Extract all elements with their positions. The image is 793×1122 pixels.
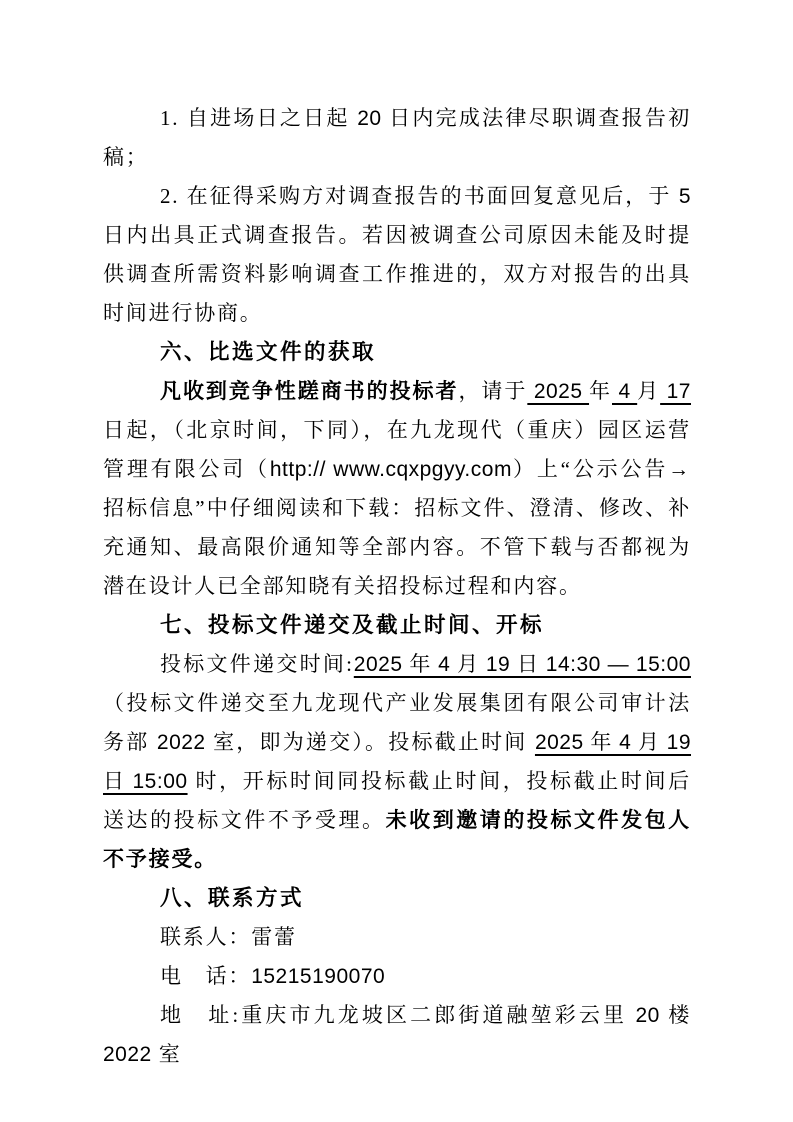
address-floor-number: 20 [635,1004,659,1027]
para-duediligence-draft: 1. 自进场日之日起 20 日内完成法律尽职调查报告初稿； [103,99,691,177]
text-run: ）上“公示公告 [512,457,668,481]
address-room-number: 2022 [103,1043,152,1066]
website-url: http:// www.cqxpgyy.com [270,458,512,481]
para-duediligence-final: 2. 在征得采购方对调查报告的书面回复意见后，于 5 日内出具正式调查报告。若因… [103,177,691,333]
heading-section-7-submission-deadline: 七、投标文件递交及截止时间、开标 [103,606,691,645]
text-run-number: 20 [357,107,381,130]
heading-text: 七、投标文件递交及截止时间、开标 [160,613,544,637]
date-year-underlined: 2025 [527,380,589,403]
heading-section-6-document-acquisition: 六、比选文件的获取 [103,333,691,372]
para-document-acquisition: 凡收到竞争性蹉商书的投标者，请于 2025 年 4 月 17 日起，（北京时间，… [103,372,691,606]
date-day-underlined: 17 [660,380,691,403]
text-run: 室 [152,1042,182,1066]
para-contact-address: 地 址:重庆市九龙坡区二郎街道融堃彩云里 20 楼 2022 室 [103,996,691,1074]
submission-time-underlined: 2025 年 4 月 19 日 14:30 — 15:00 [354,653,691,676]
text-run: ，请于 [458,379,527,403]
arrow-right-icon: → [668,457,691,481]
text-run: 2. 在征得采购方对调查报告的书面回复意见后，于 [160,184,679,208]
heading-text: 八、联系方式 [160,886,304,910]
contact-person: 联系人：雷蕾 [160,925,297,949]
para-contact-person: 联系人：雷蕾 [103,918,691,957]
text-run: 月 [637,379,660,403]
text-run: 年 [589,379,612,403]
para-submission-deadline: 投标文件递交时间:2025 年 4 月 19 日 14:30 — 15:00 （… [103,645,691,879]
text-run: 招标信息”中仔细阅读和下载：招标文件、澄清、修改、补充通知、最高限价通知等全部内… [103,496,691,598]
room-number: 2022 [157,731,206,754]
text-run-number: 5 [679,185,691,208]
date-month-underlined: 4 [612,380,637,403]
heading-text: 六、比选文件的获取 [160,340,376,364]
para-contact-phone: 电 话：15215190070 [103,957,691,996]
text-run: 室，即为递交）。投标截止时间 [206,730,535,754]
heading-section-8-contact: 八、联系方式 [103,879,691,918]
address-text: 地 址:重庆市九龙坡区二郎街道融堃彩云里 [160,1003,635,1027]
text-run: 楼 [660,1003,691,1027]
text-run: 日内出具正式调查报告。若因被调查公司原因未能及时提供调查所需资料影响调查工作推进… [103,223,691,325]
text-run: 投标文件递交时间: [160,652,354,676]
phone-number: 15215190070 [251,965,385,988]
document-page: 1. 自进场日之日起 20 日内完成法律尽职调查报告初稿； 2. 在征得采购方对… [0,0,793,1122]
document-content: 1. 自进场日之日起 20 日内完成法律尽职调查报告初稿； 2. 在征得采购方对… [103,99,691,1074]
phone-label: 电 话： [160,964,251,988]
text-run-bold: 凡收到竞争性蹉商书的投标者 [160,379,458,403]
text-run: 1. 自进场日之日起 [160,106,357,130]
